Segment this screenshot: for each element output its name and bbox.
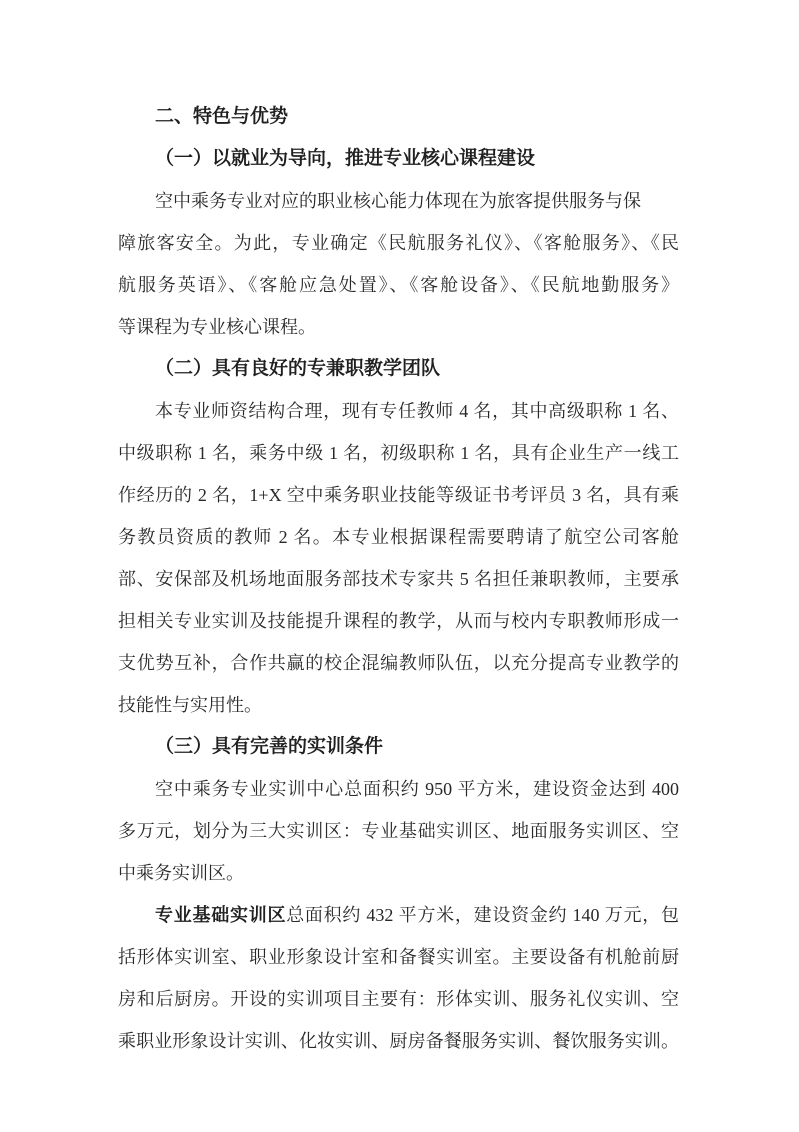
text-line: 障旅客安全。为此，专业确定《民航服务礼仪》、《客舱服务》、《民: [118, 222, 679, 264]
text-line: 括形体实训室、职业形象设计室和备餐实训室。主要设备有机舱前厨: [118, 936, 679, 978]
text-line: 等课程为专业核心课程。: [118, 306, 679, 348]
text-line: 担相关专业实训及技能提升课程的教学，从而与校内专职教师形成一: [118, 600, 679, 642]
text-line: 中级职称 1 名，乘务中级 1 名，初级职称 1 名，具有企业生产一线工: [118, 432, 679, 474]
text-line: 乘职业形象设计实训、化妆实训、厨房备餐服务实训、餐饮服务实训。: [118, 1020, 679, 1062]
text-line: 多万元，划分为三大实训区：专业基础实训区、地面服务实训区、空: [118, 810, 679, 852]
text-line: 技能性与实用性。: [118, 684, 679, 726]
text-line: 务教员资质的教师 2 名。本专业根据课程需要聘请了航空公司客舱: [118, 516, 679, 558]
text-line: 作经历的 2 名，1+X 空中乘务职业技能等级证书考评员 3 名，具有乘: [118, 474, 679, 516]
bold-run: 专业基础实训区: [155, 905, 286, 925]
text-line: 航服务英语》、《客舱应急处置》、《客舱设备》、《民航地勤服务》: [118, 264, 679, 306]
document-content: 二、特色与优势（一）以就业为导向，推进专业核心课程建设空中乘务专业对应的职业核心…: [118, 96, 679, 1062]
section-heading: 二、特色与优势: [118, 96, 679, 138]
text-line: 支优势互补，合作共赢的校企混编教师队伍，以充分提高专业教学的: [118, 642, 679, 684]
text-line: 专业基础实训区总面积约 432 平方米，建设资金约 140 万元，包: [118, 894, 679, 936]
text-line: 本专业师资结构合理，现有专任教师 4 名，其中高级职称 1 名、: [118, 390, 679, 432]
text-line: 空中乘务专业对应的职业核心能力体现在为旅客提供服务与保: [118, 180, 679, 222]
section-heading: （三）具有完善的实训条件: [118, 726, 679, 768]
text-line: 房和后厨房。开设的实训项目主要有：形体实训、服务礼仪实训、空: [118, 978, 679, 1020]
section-heading: （一）以就业为导向，推进专业核心课程建设: [118, 138, 679, 180]
text-line: 空中乘务专业实训中心总面积约 950 平方米，建设资金达到 400: [118, 768, 679, 810]
text-line: 部、安保部及机场地面服务部技术专家共 5 名担任兼职教师，主要承: [118, 558, 679, 600]
document-page: 二、特色与优势（一）以就业为导向，推进专业核心课程建设空中乘务专业对应的职业核心…: [0, 0, 799, 1132]
text-line: 中乘务实训区。: [118, 852, 679, 894]
section-heading: （二）具有良好的专兼职教学团队: [118, 348, 679, 390]
